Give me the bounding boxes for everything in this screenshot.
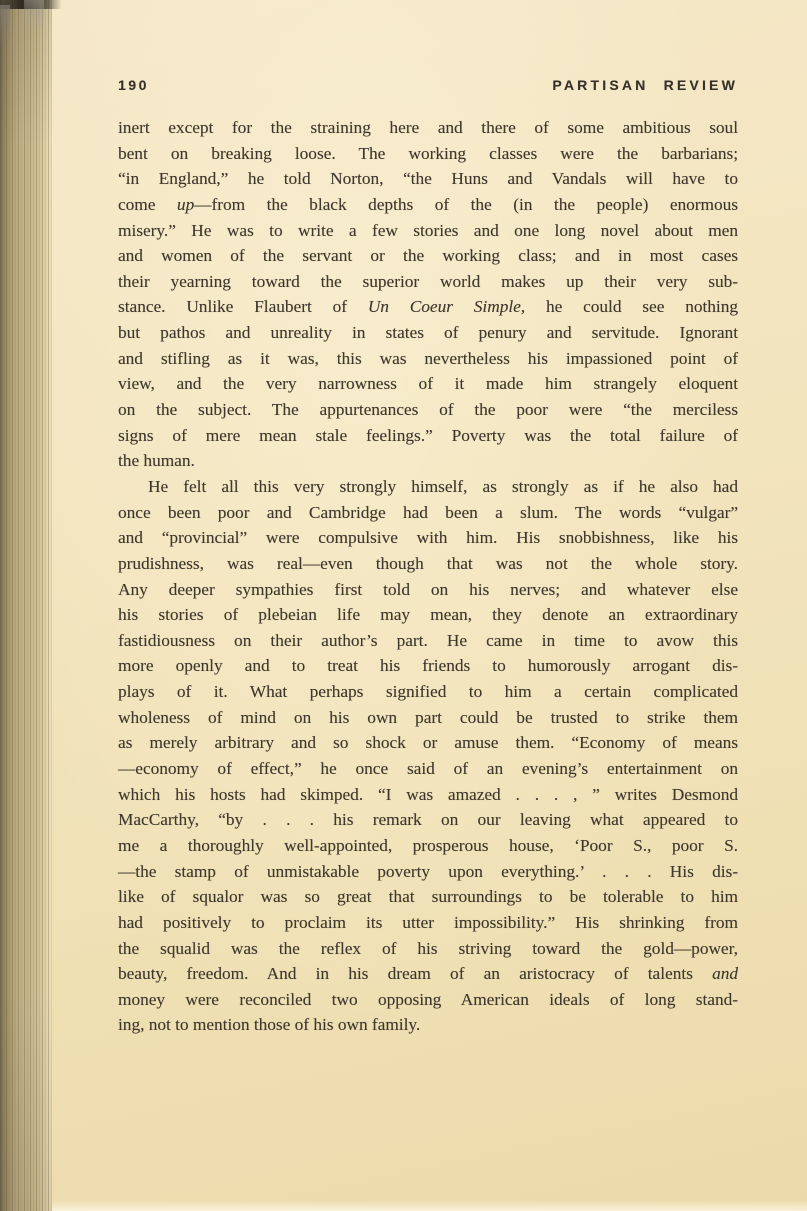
scan-streak-left — [0, 5, 10, 49]
text-segment: but pathos and unreality in states of pe… — [118, 323, 738, 342]
text-segment: and women of the servant or the working … — [118, 246, 738, 265]
text-segment: misery.” He was to write a few stories a… — [118, 221, 738, 240]
text-segment: as merely arbitrary and so shock or amus… — [118, 733, 738, 752]
text-line: beauty, freedom. And in his dream of an … — [118, 961, 738, 987]
journal-title: PARTISAN REVIEW — [552, 78, 738, 93]
text-line: come up—from the black depths of the (in… — [118, 192, 738, 218]
text-line: bent on breaking loose. The working clas… — [118, 141, 738, 167]
text-line: which his hosts had skimped. “I was amaz… — [118, 782, 738, 808]
text-line: —the stamp of unmistakable poverty upon … — [118, 859, 738, 885]
text-segment: their yearning toward the superior world… — [118, 272, 738, 291]
text-line: and “provincial” were compulsive with hi… — [118, 525, 738, 551]
text-segment: the squalid was the reflex of his strivi… — [118, 939, 738, 958]
text-segment: once been poor and Cambridge had been a … — [118, 503, 738, 522]
text-line: me a thoroughly well-appointed, prospero… — [118, 833, 738, 859]
text-segment: fastidiousness on their author’s part. H… — [118, 631, 738, 650]
book-page-scan: 190 PARTISAN REVIEW inert except for the… — [0, 0, 807, 1211]
text-segment: stance. Unlike Flaubert of — [118, 297, 368, 316]
text-segment: which his hosts had skimped. “I was amaz… — [118, 785, 738, 804]
running-head: 190 PARTISAN REVIEW — [118, 78, 738, 93]
text-line: prudishness, was real—even though that w… — [118, 551, 738, 577]
text-line: He felt all this very strongly himself, … — [118, 474, 738, 500]
text-segment: me a thoroughly well-appointed, prospero… — [118, 836, 738, 855]
text-line: as merely arbitrary and so shock or amus… — [118, 730, 738, 756]
text-segment: prudishness, was real—even though that w… — [118, 554, 738, 573]
text-segment: wholeness of mind on his own part could … — [118, 708, 738, 727]
text-line: “in England,” he told Norton, “the Huns … — [118, 166, 738, 192]
text-line: inert except for the straining here and … — [118, 115, 738, 141]
text-segment: he could see nothing — [525, 297, 738, 316]
text-segment: and “provincial” were compulsive with hi… — [118, 528, 738, 547]
text-segment: like of squalor was so great that surrou… — [118, 887, 738, 906]
book-page-edges — [0, 0, 52, 1211]
text-segment: the human. — [118, 451, 195, 470]
text-line: the human. — [118, 448, 738, 474]
text-segment: had positively to proclaim its utter imp… — [118, 913, 738, 932]
paragraph: inert except for the straining here and … — [118, 115, 738, 474]
text-line: once been poor and Cambridge had been a … — [118, 500, 738, 526]
italic-text: up — [177, 195, 194, 214]
text-line: the squalid was the reflex of his strivi… — [118, 936, 738, 962]
body-text: inert except for the straining here and … — [118, 115, 738, 1038]
text-line: like of squalor was so great that surrou… — [118, 884, 738, 910]
text-segment: Any deeper sympathies first told on his … — [118, 580, 738, 599]
text-segment: “in England,” he told Norton, “the Huns … — [118, 169, 738, 188]
italic-text: and — [712, 964, 738, 983]
italic-text: Un Coeur Simple, — [368, 297, 525, 316]
text-segment: beauty, freedom. And in his dream of an … — [118, 964, 712, 983]
text-line: MacCarthy, “by . . . his remark on our l… — [118, 807, 738, 833]
text-segment: on the subject. The appurtenances of the… — [118, 400, 738, 419]
text-segment: ing, not to mention those of his own fam… — [118, 1015, 420, 1034]
text-line: money were reconciled two opposing Ameri… — [118, 987, 738, 1013]
text-segment: and stifling as it was, this was neverth… — [118, 349, 738, 368]
text-line: plays of it. What perhaps signified to h… — [118, 679, 738, 705]
text-line: ing, not to mention those of his own fam… — [118, 1012, 738, 1038]
text-segment: —the stamp of unmistakable poverty upon … — [118, 862, 738, 881]
text-line: more openly and to treat his friends to … — [118, 653, 738, 679]
text-line: Any deeper sympathies first told on his … — [118, 577, 738, 603]
text-segment: more openly and to treat his friends to … — [118, 656, 738, 675]
text-line: and women of the servant or the working … — [118, 243, 738, 269]
text-segment: —from the black depths of the (in the pe… — [194, 195, 738, 214]
page-bottom-edge-highlight — [52, 1200, 807, 1211]
text-segment: view, and the very narrowness of it made… — [118, 374, 738, 393]
page-content: 190 PARTISAN REVIEW inert except for the… — [118, 78, 738, 1038]
text-segment: plays of it. What perhaps signified to h… — [118, 682, 738, 701]
text-segment: —economy of effect,” he once said of an … — [118, 759, 738, 778]
text-segment: come — [118, 195, 177, 214]
text-line: wholeness of mind on his own part could … — [118, 705, 738, 731]
text-line: on the subject. The appurtenances of the… — [118, 397, 738, 423]
text-segment: money were reconciled two opposing Ameri… — [118, 990, 738, 1009]
paragraph: He felt all this very strongly himself, … — [118, 474, 738, 1038]
text-line: had positively to proclaim its utter imp… — [118, 910, 738, 936]
text-segment: inert except for the straining here and … — [118, 118, 738, 137]
text-segment: signs of mere mean stale feelings.” Pove… — [118, 426, 738, 445]
text-line: view, and the very narrowness of it made… — [118, 371, 738, 397]
page-number: 190 — [118, 78, 149, 93]
text-line: their yearning toward the superior world… — [118, 269, 738, 295]
text-segment: bent on breaking loose. The working clas… — [118, 144, 738, 163]
text-line: signs of mere mean stale feelings.” Pove… — [118, 423, 738, 449]
text-line: fastidiousness on their author’s part. H… — [118, 628, 738, 654]
text-line: his stories of plebeian life may mean, t… — [118, 602, 738, 628]
text-line: but pathos and unreality in states of pe… — [118, 320, 738, 346]
text-segment: his stories of plebeian life may mean, t… — [118, 605, 738, 624]
text-line: misery.” He was to write a few stories a… — [118, 218, 738, 244]
text-line: stance. Unlike Flaubert of Un Coeur Simp… — [118, 294, 738, 320]
scan-streak-top — [24, 0, 44, 28]
text-line: and stifling as it was, this was neverth… — [118, 346, 738, 372]
text-segment: He felt all this very strongly himself, … — [148, 477, 738, 496]
text-segment: MacCarthy, “by . . . his remark on our l… — [118, 810, 738, 829]
text-line: —economy of effect,” he once said of an … — [118, 756, 738, 782]
